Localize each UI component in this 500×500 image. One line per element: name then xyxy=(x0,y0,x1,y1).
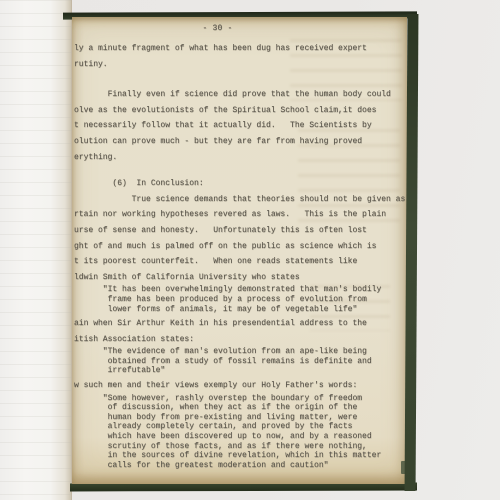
typescript-line: irrefutable" xyxy=(74,366,397,376)
typescript-line: erything. xyxy=(74,150,397,166)
body-block: Finally even if science did prove that t… xyxy=(74,87,397,165)
quote-block: "Some however, rashly overstep the bound… xyxy=(74,394,397,471)
photo-of-open-book: - 30 - ly a minute fragment of what has … xyxy=(0,0,500,500)
typescript-line: t necessarily follow that it actually di… xyxy=(74,118,397,134)
typescript-line: Finally even if science did prove that t… xyxy=(74,87,397,103)
body-block: ain when Sir Arthur Keith in his presend… xyxy=(74,316,397,347)
typescript-line: urse of sense and honesty. Unfortunately… xyxy=(74,223,397,239)
typescript-line: scrutiny of those facts, and as if there… xyxy=(74,442,397,452)
typescript-line: ain when Sir Arthur Keith in his presend… xyxy=(74,316,397,332)
typescript-line: True science demands that theories shoul… xyxy=(74,192,397,208)
typescript-line: olution can prove much - but they are fa… xyxy=(74,134,397,150)
typescript-line: of discussion, when they act as if the o… xyxy=(74,403,397,413)
page-number: - 30 - xyxy=(72,24,385,33)
typescript-line: already completely certain, and proved b… xyxy=(74,422,397,432)
typescript-line: olve as the evolutionists of the Spiritu… xyxy=(74,103,397,119)
body-block: w such men and their views exemply our H… xyxy=(74,378,397,394)
typescript-line: ly a minute fragment of what has been du… xyxy=(74,41,397,57)
quote-block: "The evidence of man's evolution from an… xyxy=(74,347,397,376)
body-block: True science demands that theories shoul… xyxy=(74,192,397,286)
typescript-line: obtained from a study of fossil remains … xyxy=(74,357,397,367)
quote-block: "It has been overwhelmingly demonstrated… xyxy=(74,285,397,314)
typescript-line: "Some however, rashly overstep the bound… xyxy=(74,394,397,404)
typescript-line: ldwin Smith of California University who… xyxy=(74,270,397,286)
typescript-line: which have been discovered up to now, an… xyxy=(74,432,397,442)
body-block: ly a minute fragment of what has been du… xyxy=(74,41,397,72)
typescript-line: rtain nor working hypotheses revered as … xyxy=(74,207,397,223)
typescript-line: in the sources of divine revelation, whi… xyxy=(74,451,397,461)
typescript-line: human body from pre-existing and living … xyxy=(74,413,397,423)
typescript-line: "It has been overwhelmingly demonstrated… xyxy=(74,285,397,295)
heading-block: (6) In Conclusion: xyxy=(74,176,397,192)
typescript-line: rutiny. xyxy=(74,57,397,73)
typescript-line: itish Association states: xyxy=(74,332,397,348)
typescript-line: frame has been produced by a process of … xyxy=(74,295,397,305)
typescript-text: ly a minute fragment of what has been du… xyxy=(74,41,397,470)
typescript-line: (6) In Conclusion: xyxy=(74,176,397,192)
typescript-line: calls for the greatest moderation and ca… xyxy=(74,461,397,471)
typescript-line: t its poorest counterfeit. When one read… xyxy=(74,254,397,270)
typescript-line: lower forms of animals, it may be of veg… xyxy=(74,305,397,315)
typescript-line: "The evidence of man's evolution from an… xyxy=(74,347,397,357)
typescript-line: w such men and their views exemply our H… xyxy=(74,378,397,394)
typescript-page: - 30 - ly a minute fragment of what has … xyxy=(72,17,407,484)
book-pages-fore-edge xyxy=(0,0,72,500)
book-cover-edge-right xyxy=(405,14,419,491)
typescript-line: ght of and much is palmed off on the pub… xyxy=(74,239,397,255)
